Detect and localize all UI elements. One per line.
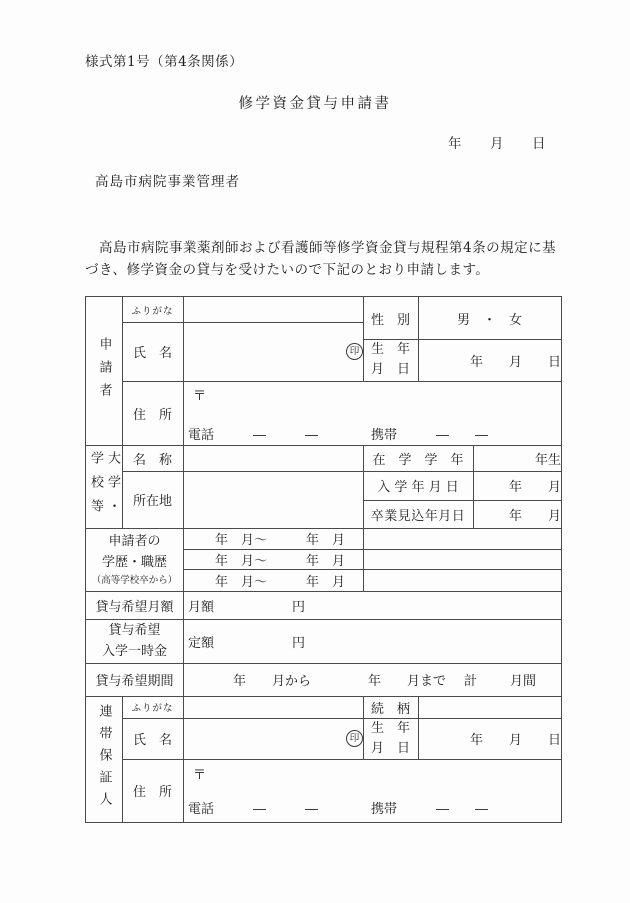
application-table: 申請者 ふりがな 氏 名 印 性 別 男 ・ 女 生 年 月 日 年 月 日 住…: [85, 296, 562, 823]
intro-line-1: 高島市病院事業薬剤師および看護師等修学資金貸与規程第4条の規定に基: [85, 236, 556, 256]
guarantor-section-label: 連帯保証人: [86, 696, 122, 822]
loan-monthly-value: 月額 円: [183, 591, 566, 619]
graduation-date-value: 年 月: [473, 500, 568, 528]
grid-line-h: [122, 759, 561, 760]
applicant-mobile-line: 携帯 ― ―: [371, 421, 561, 445]
applicant-phone-line: 電話 ― ―: [183, 421, 368, 445]
applicant-postal-mark: 〒: [183, 383, 373, 405]
school-address-label: 所在地: [122, 471, 183, 528]
applicant-name-label: 氏 名: [122, 322, 183, 381]
form-number: 様式第1号（第4条関係）: [85, 50, 243, 70]
page-title: 修学資金貸与申請書: [0, 92, 630, 113]
relationship-label: 続 柄: [363, 696, 418, 718]
loan-period-total-label: 計: [464, 663, 484, 696]
applicant-section-label: 申請者: [86, 297, 122, 445]
loan-period-label: 貸与希望期間: [86, 663, 183, 696]
applicant-furigana-label: ふりがな: [122, 297, 183, 322]
guarantor-name-label: 氏 名: [122, 718, 183, 759]
loan-period-from: 年 月から: [233, 663, 343, 696]
school-name-label: 名 称: [122, 445, 183, 471]
loan-lump-value: 定額 円: [183, 619, 566, 663]
seal-mark-icon: 印: [346, 730, 363, 747]
guarantor-postal-mark: 〒: [183, 761, 373, 785]
gender-value: 男 ・ 女: [418, 297, 561, 339]
birth-date-value: 年 月 日: [418, 339, 568, 381]
admission-date-label: 入 学 年 月 日: [363, 471, 473, 500]
seal-mark-icon: 印: [346, 343, 363, 360]
date-line: 年 月 日: [400, 132, 546, 152]
addressee: 高島市病院事業管理者: [95, 170, 240, 190]
history-row: 年 月～ 年 月: [183, 549, 395, 569]
guarantor-name-cell: 印: [183, 718, 387, 759]
application-form-page: 様式第1号（第4条関係） 修学資金貸与申請書 年 月 日 高島市病院事業管理者 …: [0, 0, 630, 903]
school-section-label: 大学・ 学校等: [86, 445, 122, 528]
history-row: 年 月～ 年 月: [183, 569, 395, 591]
loan-period-months-label: 月間: [510, 663, 560, 696]
grade-value: 年生: [473, 445, 575, 471]
guarantor-furigana-label: ふりがな: [122, 696, 183, 718]
applicant-name-cell: 印: [183, 322, 387, 381]
graduation-date-label: 卒業見込年月日: [363, 500, 473, 528]
intro-line-2: づき、修学資金の貸与を受けたいので下記のとおり申請します。: [85, 258, 489, 278]
admission-date-value: 年 月: [473, 471, 568, 500]
loan-monthly-label: 貸与希望月額: [86, 591, 183, 619]
grid-line-h: [122, 381, 561, 382]
guarantor-birth-value: 年 月 日: [418, 718, 568, 759]
guarantor-address-label: 住 所: [122, 759, 183, 822]
guarantor-phone-line: 電話 ― ―: [183, 795, 368, 819]
birth-date-label: 生 年 月 日: [363, 339, 418, 381]
applicant-address-label: 住 所: [122, 381, 183, 445]
guarantor-birth-label: 生 年 月 日: [363, 718, 418, 759]
history-section-label: 申請者の 学歴・職歴 （高等学校卒から）: [86, 528, 183, 591]
gender-label: 性 別: [363, 297, 418, 339]
history-row: 年 月～ 年 月: [183, 528, 395, 549]
loan-lump-label: 貸与希望 入学一時金: [86, 619, 183, 663]
loan-period-to: 年 月まで: [368, 663, 478, 696]
guarantor-mobile-line: 携帯 ― ―: [371, 795, 561, 819]
grade-label: 在 学 学 年: [363, 445, 473, 471]
